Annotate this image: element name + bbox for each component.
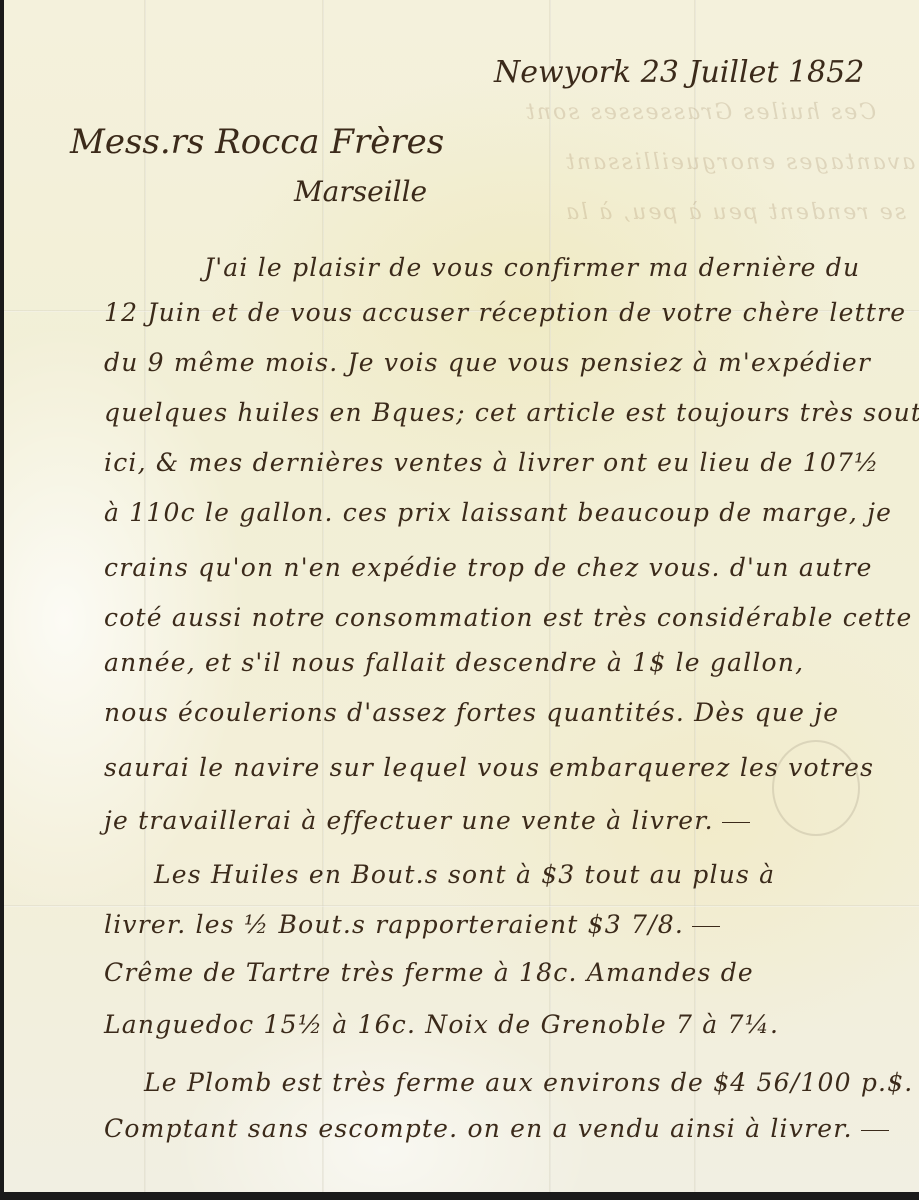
letter-line: du 9 même mois. Je vois que vous pensiez… bbox=[104, 350, 871, 375]
letter-line: livrer. les ½ Bout.s rapporteraient $3 7… bbox=[104, 912, 720, 937]
bleed-through-text: Ces huiles Grassesses sont bbox=[524, 100, 876, 125]
letter-line: saurai le navire sur lequel vous embarqu… bbox=[104, 755, 874, 780]
line-end-dash bbox=[861, 1130, 889, 1131]
letter-line: ici, & mes dernières ventes à livrer ont… bbox=[104, 450, 880, 475]
letter-line: Languedoc 15½ à 16c. Noix de Grenoble 7 … bbox=[104, 1012, 779, 1037]
letter-line: Le Plomb est très ferme aux environs de … bbox=[144, 1070, 913, 1095]
letter-line: J'ai le plaisir de vous confirmer ma der… bbox=[204, 255, 860, 280]
line-end-dash bbox=[692, 926, 720, 927]
addressee-city: Marseille bbox=[294, 178, 427, 206]
letter-line: année, et s'il nous fallait descendre à … bbox=[104, 650, 804, 675]
bleed-through-text: les avantages enorgueillissant bbox=[564, 150, 919, 175]
addressee-name: Mess.rs Rocca Frères bbox=[70, 125, 444, 159]
letter-line-text: Comptant sans escompte. on en a vendu ai… bbox=[104, 1114, 853, 1143]
letter-paper: Ces huiles Grassesses sont les avantages… bbox=[4, 0, 919, 1192]
letter-line-text: je travaillerai à effectuer une vente à … bbox=[104, 806, 714, 835]
letter-line: à 110c le gallon. ces prix laissant beau… bbox=[104, 500, 892, 525]
letter-line: nous écoulerions d'assez fortes quantité… bbox=[104, 700, 839, 725]
letter-line: 12 Juin et de vous accuser réception de … bbox=[104, 300, 906, 325]
letter-line: coté aussi notre consommation est très c… bbox=[104, 605, 912, 630]
letter-line: quelques huiles en Bques; cet article es… bbox=[104, 400, 919, 425]
letter-line: Crême de Tartre très ferme à 18c. Amande… bbox=[104, 960, 754, 985]
letter-line: Les Huiles en Bout.s sont à $3 tout au p… bbox=[154, 862, 775, 887]
fold-line bbox=[4, 905, 919, 907]
letter-line: Comptant sans escompte. on en a vendu ai… bbox=[104, 1116, 889, 1141]
letter-line-text: livrer. les ½ Bout.s rapporteraient $3 7… bbox=[104, 910, 684, 939]
place-date: Newyork 23 Juillet 1852 bbox=[494, 58, 864, 88]
line-end-dash bbox=[722, 822, 750, 823]
bleed-through-text: se rendent peu à peu, à la bbox=[564, 200, 906, 225]
letter-line: crains qu'on n'en expédie trop de chez v… bbox=[104, 555, 873, 580]
letter-line: je travaillerai à effectuer une vente à … bbox=[104, 808, 750, 833]
